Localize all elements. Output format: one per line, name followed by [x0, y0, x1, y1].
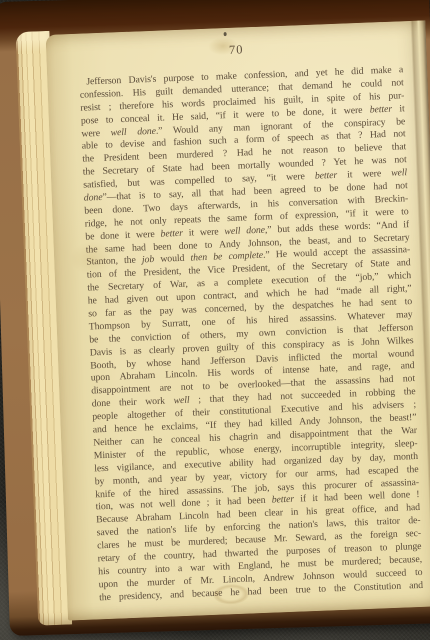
page-stack: 70 Jefferson Davis's purpose to make con… — [15, 16, 430, 629]
photo-background: 70 Jefferson Davis's purpose to make con… — [0, 0, 430, 640]
page-number: 70 — [46, 35, 426, 65]
page-text: Jefferson Davis's purpose to make confes… — [79, 64, 423, 605]
book-page: 70 Jefferson Davis's purpose to make con… — [46, 20, 430, 620]
ink-speck — [224, 32, 227, 36]
